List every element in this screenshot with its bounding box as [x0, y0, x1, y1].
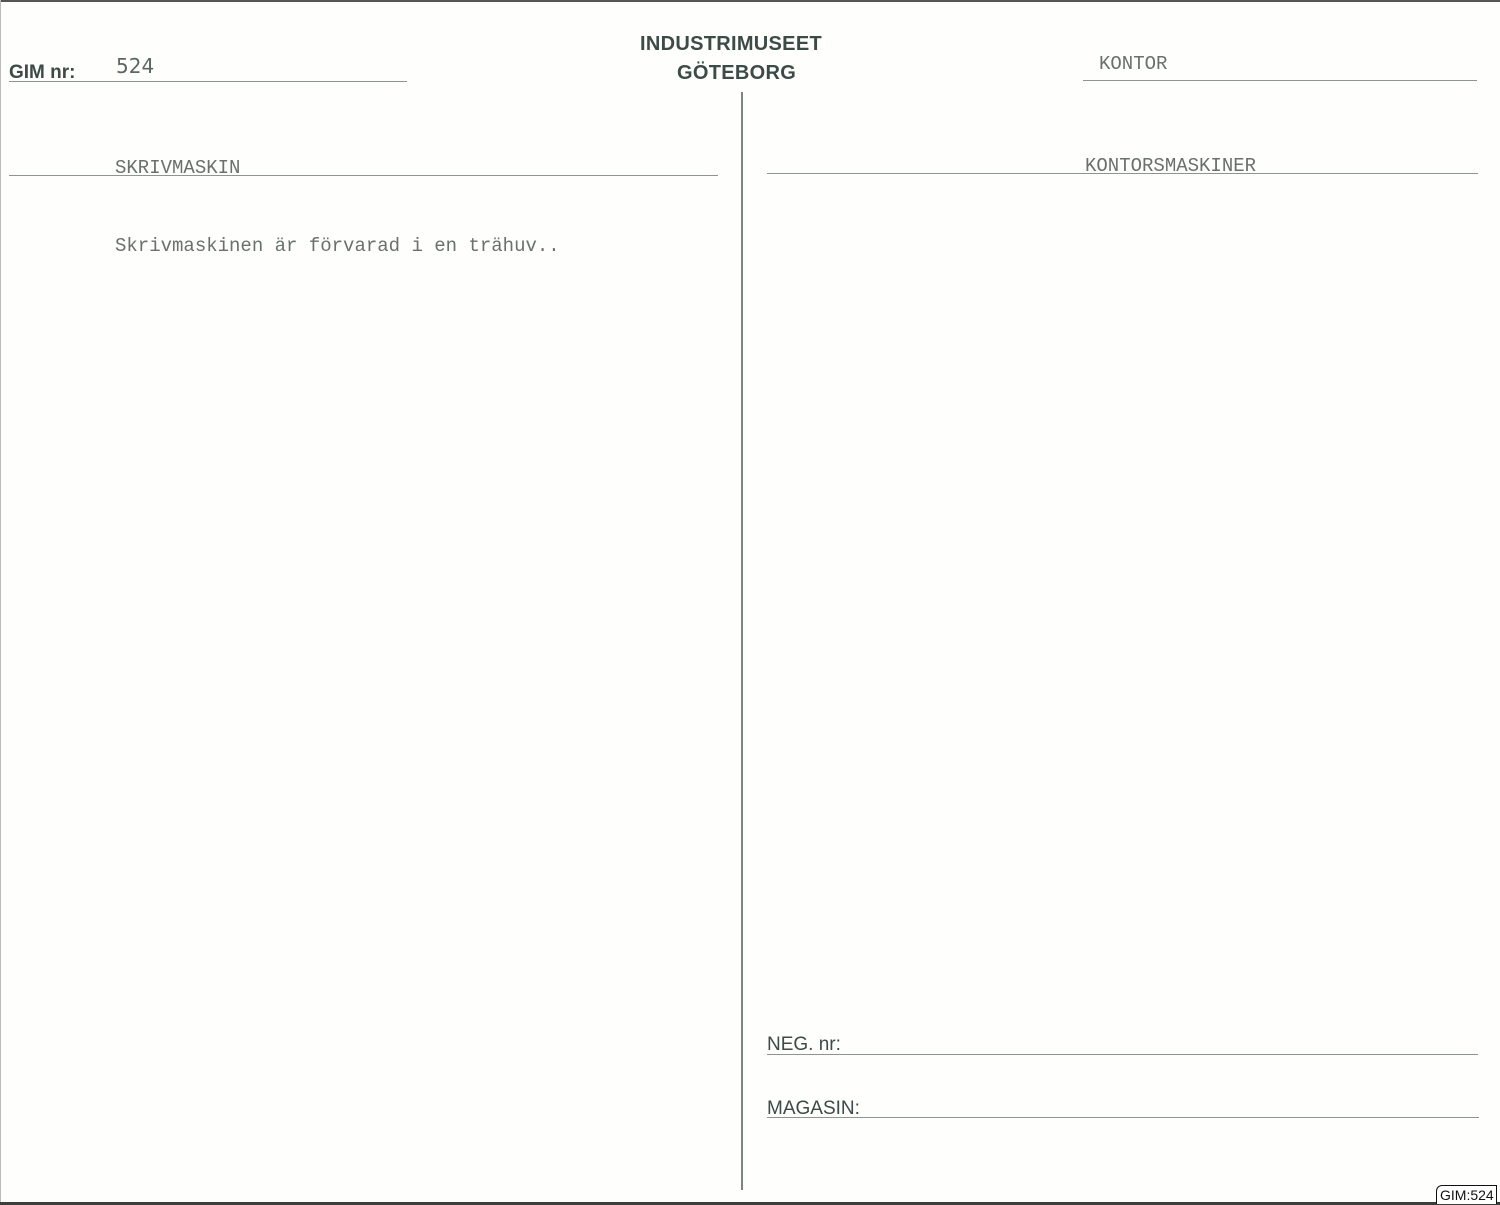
category-rule — [1083, 80, 1477, 81]
classification-rule — [767, 173, 1478, 174]
storage-field — [767, 1117, 1479, 1118]
column-divider — [741, 92, 743, 1190]
negative-number-label: NEG. nr: — [767, 1034, 841, 1056]
card-left-edge — [0, 0, 1, 1205]
organization-name: INDUSTRIMUSEET — [640, 33, 822, 56]
object-description: Skrivmaskinen är förvarad i en trähuv.. — [115, 235, 560, 257]
record-id-stamp: GIM:524 — [1436, 1185, 1497, 1204]
card-top-edge — [0, 0, 1500, 2]
gim-number-value: 524 — [116, 54, 154, 78]
gim-number-rule — [9, 81, 407, 82]
organization-city: GÖTEBORG — [677, 62, 796, 85]
object-name-rule — [9, 175, 718, 176]
catalog-card: GIM nr: 524 INDUSTRIMUSEET GÖTEBORG KONT… — [0, 0, 1500, 1205]
negative-number-field — [767, 1054, 1478, 1055]
category-value: KONTOR — [1099, 53, 1167, 75]
